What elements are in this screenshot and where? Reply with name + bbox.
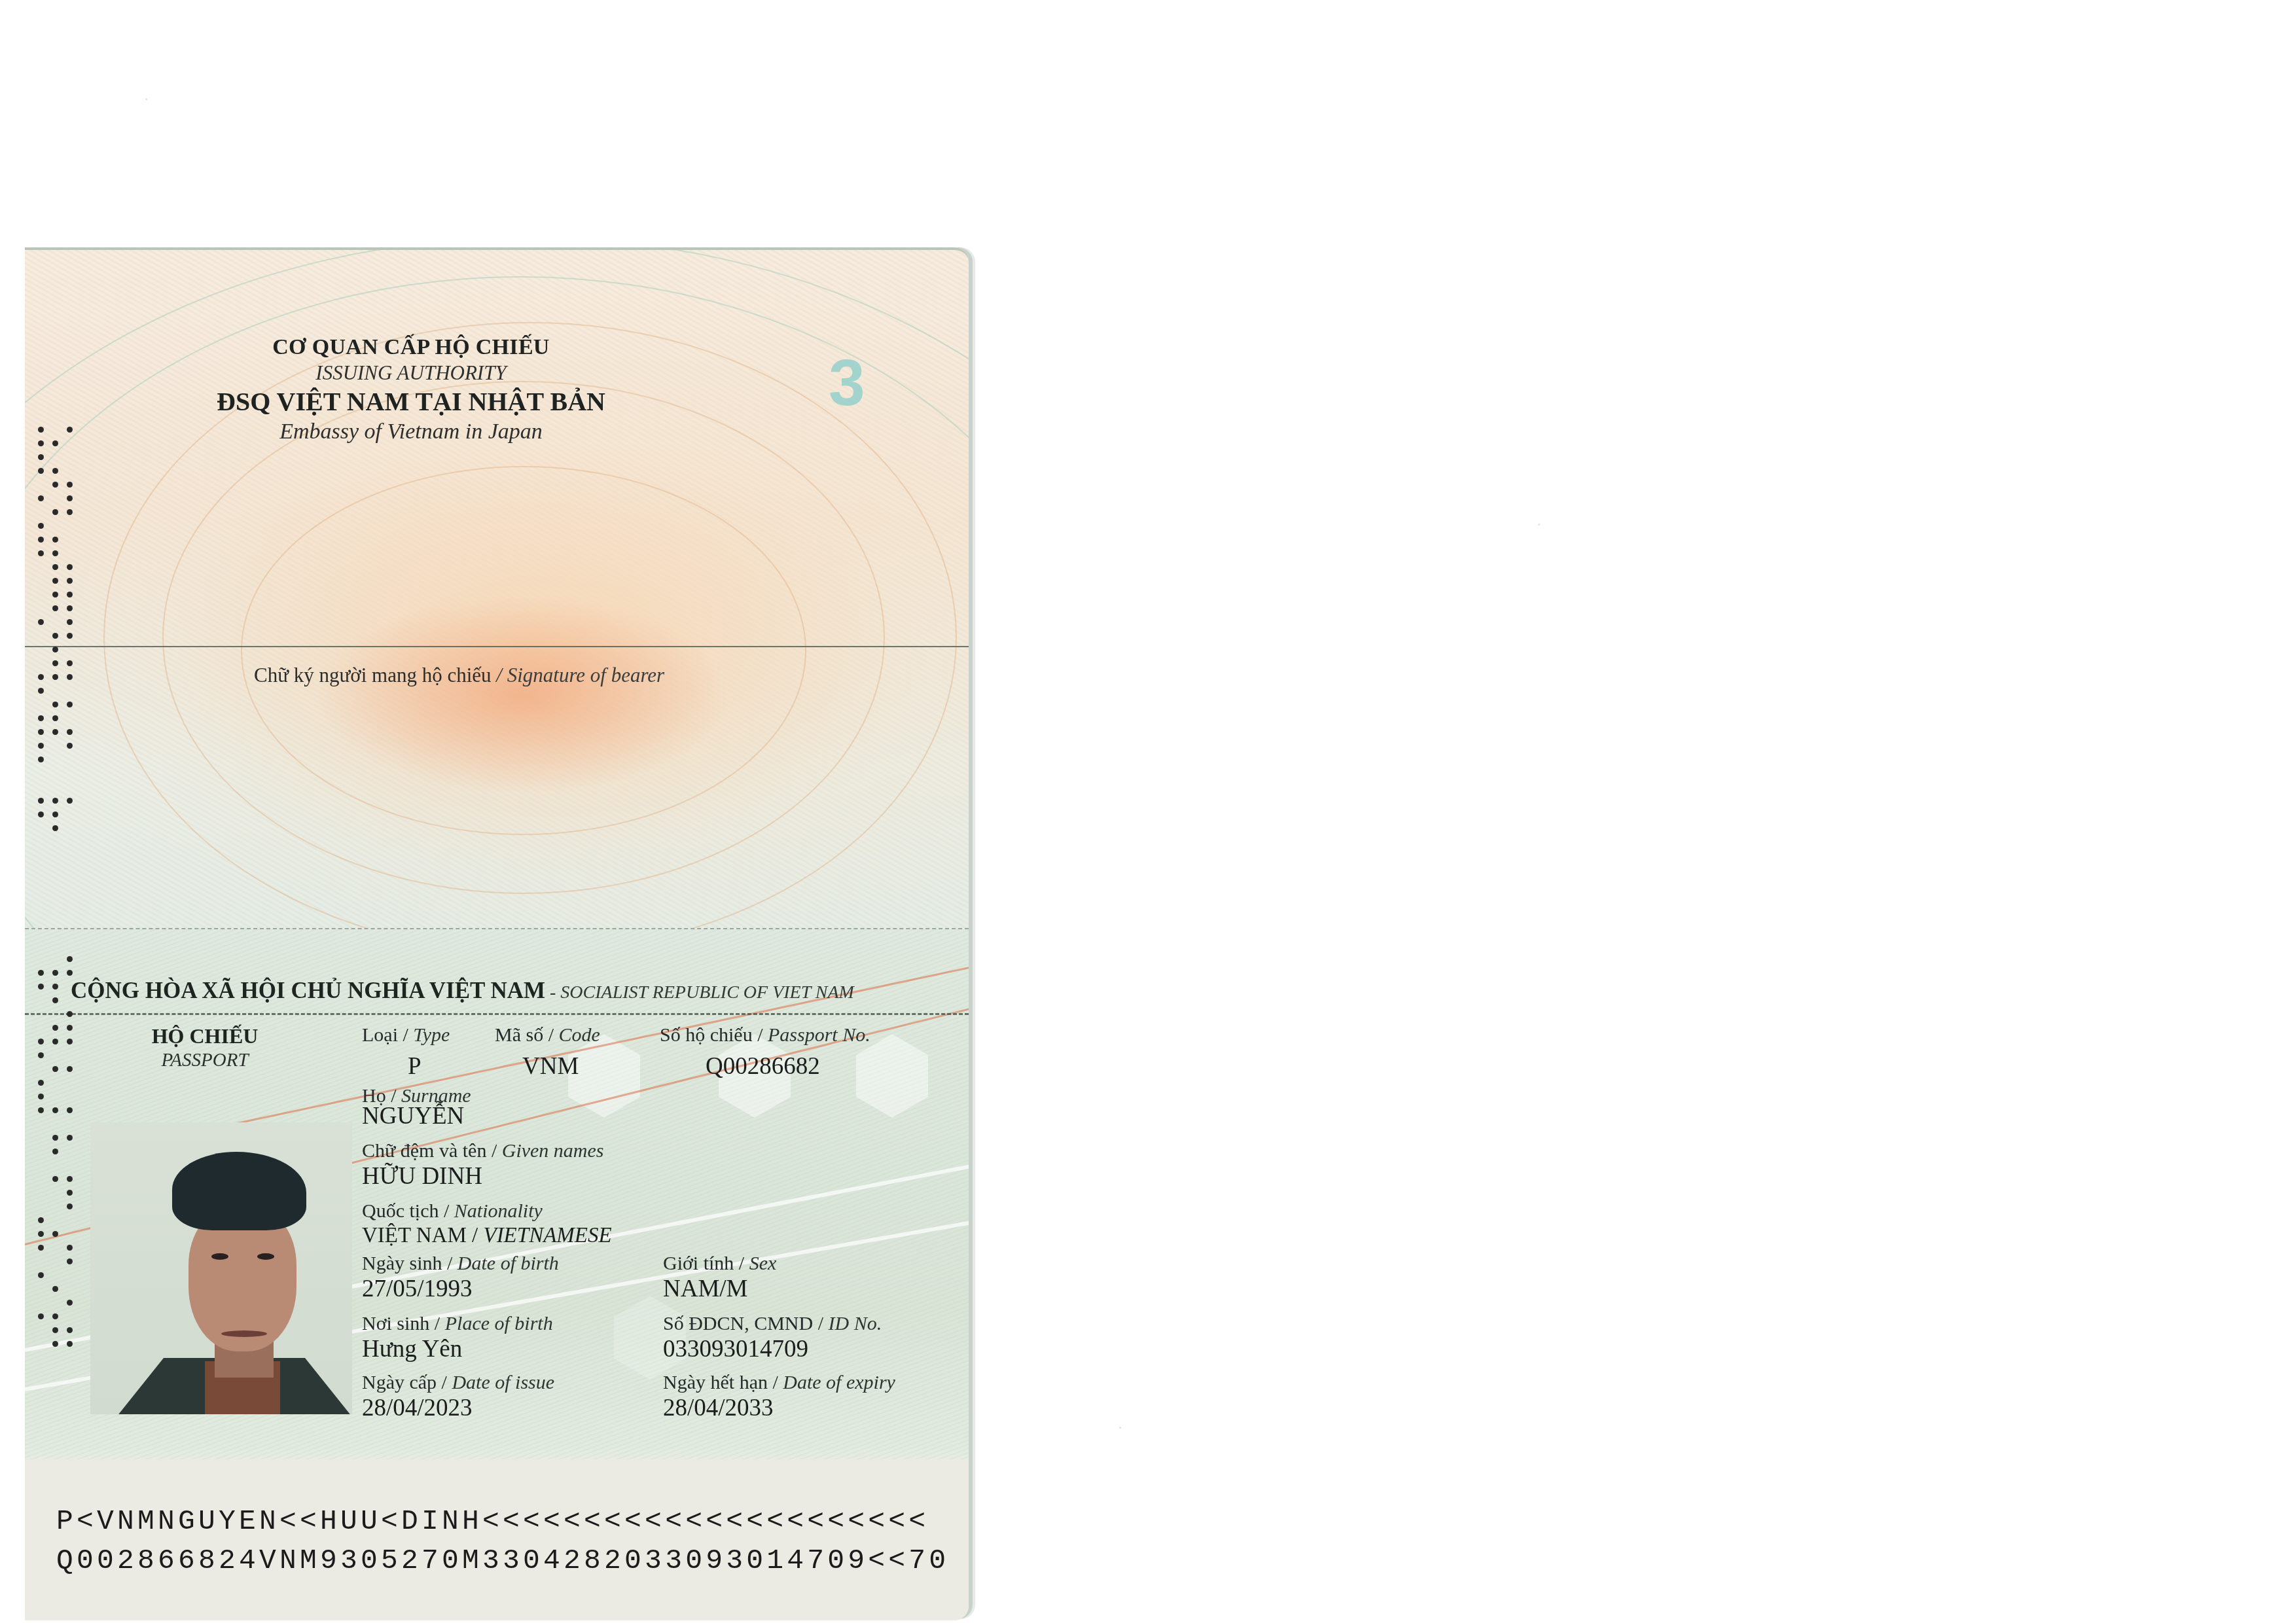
perforation-dot (67, 564, 73, 570)
perforation-dot (67, 592, 73, 597)
perforation-dot (67, 578, 73, 584)
perforation-dot (67, 1066, 73, 1072)
nationality-value-vn: VIỆT NAM / (362, 1224, 483, 1247)
perforation-dot (67, 482, 73, 488)
perforation-dot (67, 1341, 73, 1347)
date-of-issue-value: 28/04/2023 (362, 1394, 473, 1422)
date-of-expiry-label-en: Date of expiry (783, 1372, 895, 1393)
passport-data-page: CỘNG HÒA XÃ HỘI CHỦ NGHĨA VIỆT NAM - SOC… (25, 928, 969, 1620)
signature-label-vn: Chữ ký người mang hộ chiếu (254, 664, 492, 687)
perforation-dot (38, 984, 44, 990)
code-label-vn: Mã số / (495, 1024, 559, 1046)
perforation-dot (52, 1341, 58, 1347)
perforation-dot (67, 1245, 73, 1251)
perforation-dot (67, 1176, 73, 1182)
perforation-dot (38, 674, 44, 680)
perforation-dot (67, 1107, 73, 1113)
perforation-dot (52, 605, 58, 611)
perforation-dot (52, 674, 58, 680)
passport-number-label-en: Passport No. (768, 1024, 870, 1046)
given-names-label-en: Given names (502, 1140, 604, 1162)
given-names-label: Chữ đệm và tên / Given names (362, 1140, 604, 1162)
document-title-en: PASSPORT (123, 1050, 287, 1071)
perforation-dot (52, 1176, 58, 1182)
date-of-issue-label-vn: Ngày cấp / (362, 1372, 452, 1393)
perforation-dot (52, 798, 58, 804)
passport-number-label: Số hộ chiếu / Passport No. (660, 1024, 870, 1046)
perforation-dot (52, 1025, 58, 1031)
issuing-authority-block: CƠ QUAN CẤP HỘ CHIẾU ISSUING AUTHORITY Đ… (25, 335, 797, 444)
date-of-expiry-label: Ngày hết hạn / Date of expiry (663, 1372, 895, 1394)
nationality-label-vn: Quốc tịch / (362, 1200, 454, 1222)
perforation-dot (67, 427, 73, 433)
place-of-birth-label-en: Place of birth (445, 1313, 553, 1334)
perforation-dot (67, 729, 73, 735)
perforation-dot (38, 729, 44, 735)
perforation-dot (52, 564, 58, 570)
perforation-dot (52, 592, 58, 597)
perforation-dot (52, 660, 58, 666)
perforation-dot (67, 619, 73, 625)
sex-label: Giới tính / Sex (663, 1253, 776, 1275)
perforation-dot (67, 1011, 73, 1017)
perforation-dot (38, 537, 44, 543)
date-of-birth-label-vn: Ngày sinh / (362, 1253, 457, 1274)
date-of-expiry-value: 28/04/2033 (663, 1394, 774, 1422)
issuing-authority-en: Embassy of Vietnam in Japan (25, 419, 797, 444)
perforation-dot (52, 1149, 58, 1154)
perforation-dot (52, 715, 58, 721)
surname-value: NGUYỄN (362, 1102, 464, 1130)
perforation-dot (67, 1258, 73, 1264)
perforation-dot (67, 1204, 73, 1209)
nationality-label: Quốc tịch / Nationality (362, 1200, 543, 1222)
type-label-vn: Loại / (362, 1024, 413, 1046)
sex-label-en: Sex (749, 1253, 777, 1274)
scan-speck (145, 98, 147, 100)
passport-booklet: CƠ QUAN CẤP HỘ CHIẾU ISSUING AUTHORITY Đ… (25, 247, 969, 1619)
perforation-dot (38, 715, 44, 721)
perforation-dot (38, 1217, 44, 1223)
issuing-authority-label-en: ISSUING AUTHORITY (25, 361, 797, 385)
perforation-dot (52, 984, 58, 990)
document-title-vn: HỘ CHIẾU (123, 1024, 287, 1048)
mrz-zone (25, 1459, 969, 1620)
perforation-dot (67, 956, 73, 962)
perforation-dot (67, 509, 73, 515)
passport-observations-page: CƠ QUAN CẤP HỘ CHIẾU ISSUING AUTHORITY Đ… (25, 247, 969, 931)
code-label: Mã số / Code (495, 1024, 600, 1046)
perforation-dot (52, 811, 58, 817)
nationality-value-en: VIETNAMESE (483, 1224, 611, 1247)
photo-eye-left (211, 1253, 228, 1260)
date-of-birth-label: Ngày sinh / Date of birth (362, 1253, 559, 1275)
perforation-dot (52, 1327, 58, 1333)
perforation-dot (67, 674, 73, 680)
perforation-dot (38, 1313, 44, 1319)
perforation-dot (52, 1231, 58, 1237)
perforation-dot (67, 660, 73, 666)
photo-hair (172, 1152, 306, 1230)
perforation-dot (52, 825, 58, 831)
signature-label-en: Signature of bearer (507, 664, 665, 687)
perforation-dot (52, 1313, 58, 1319)
perforation-dot (38, 454, 44, 460)
signature-separator: / (492, 664, 507, 687)
hex-watermark (856, 1034, 928, 1118)
holder-photo (90, 1122, 352, 1414)
perforation-dot (38, 468, 44, 474)
perforation-dot (38, 1245, 44, 1251)
document-title: HỘ CHIẾU PASSPORT (123, 1024, 287, 1071)
perforation-dot (38, 1039, 44, 1044)
perforation-dot (52, 1039, 58, 1044)
perforation-dot (67, 605, 73, 611)
passport-number-label-vn: Số hộ chiếu / (660, 1024, 768, 1046)
perforation-dot (52, 1107, 58, 1113)
perforation-dot (38, 523, 44, 529)
country-header: CỘNG HÒA XÃ HỘI CHỦ NGHĨA VIỆT NAM - SOC… (71, 978, 854, 1004)
perforation-dot (38, 1080, 44, 1086)
perforation-dot (52, 1066, 58, 1072)
scan-speck (1538, 524, 1540, 526)
perforation-dot (52, 468, 58, 474)
perforation-dot (52, 970, 58, 976)
mrz-line-2: Q002866824VNM9305270M3304282033093014709… (56, 1544, 949, 1577)
given-names-label-vn: Chữ đệm và tên / (362, 1140, 502, 1162)
date-of-expiry-label-vn: Ngày hết hạn / (663, 1372, 783, 1393)
perforation-dot (67, 1025, 73, 1031)
perforation-dot (38, 1272, 44, 1278)
perforation-dot (38, 619, 44, 625)
perforation-dot (52, 550, 58, 556)
perforation-dot (38, 440, 44, 446)
id-number-label-en: ID No. (829, 1313, 882, 1334)
perforation-dot (38, 811, 44, 817)
perforation-dot (67, 633, 73, 639)
perforation-dot (52, 578, 58, 584)
perforation-dot (52, 729, 58, 735)
id-number-value: 033093014709 (663, 1335, 808, 1363)
page-number: 3 (829, 346, 865, 421)
place-of-birth-value: Hưng Yên (362, 1335, 462, 1363)
id-number-label-vn: Số ĐDCN, CMND / (663, 1313, 829, 1334)
nationality-value: VIỆT NAM / VIETNAMESE (362, 1224, 612, 1248)
place-of-birth-label-vn: Nơi sinh / (362, 1313, 445, 1334)
type-value: P (408, 1052, 422, 1080)
perforation-dot (38, 1052, 44, 1058)
perforation-dot (67, 743, 73, 749)
perforation-dot (67, 970, 73, 976)
perforation-dot (38, 757, 44, 762)
perforation-dot (67, 1327, 73, 1333)
perforation-dot (52, 647, 58, 652)
perforation-dot (52, 482, 58, 488)
id-number-label: Số ĐDCN, CMND / ID No. (663, 1313, 882, 1335)
nationality-label-en: Nationality (454, 1200, 543, 1222)
perforation-dot (52, 509, 58, 515)
perforation-dot (38, 495, 44, 501)
code-value: VNM (522, 1052, 579, 1080)
mrz-line-1: P<VNMNGUYEN<<HUU<DINH<<<<<<<<<<<<<<<<<<<… (56, 1505, 929, 1537)
perforation-dot (38, 798, 44, 804)
perforation-dot (67, 495, 73, 501)
perforation-dot (67, 1190, 73, 1196)
perforation-dot (67, 702, 73, 707)
perforation-dot (38, 743, 44, 749)
type-label-en: Type (413, 1024, 450, 1046)
passport-number-value: Q00286682 (706, 1052, 820, 1080)
perforation-dot (52, 702, 58, 707)
perforation-dot (67, 1300, 73, 1306)
code-label-en: Code (559, 1024, 600, 1046)
signature-line (25, 646, 969, 647)
date-of-birth-value: 27/05/1993 (362, 1275, 473, 1303)
sex-value: NAM/M (663, 1275, 748, 1303)
date-of-issue-label: Ngày cấp / Date of issue (362, 1372, 554, 1394)
photo-mouth (221, 1330, 267, 1337)
perforation-dot (38, 970, 44, 976)
perforation-dot (67, 1039, 73, 1044)
perforation-dot (52, 1135, 58, 1141)
perforation-dot (38, 1094, 44, 1099)
place-of-birth-label: Nơi sinh / Place of birth (362, 1313, 553, 1335)
perforation-dot (52, 537, 58, 543)
perforation-dot (52, 440, 58, 446)
date-of-birth-label-en: Date of birth (457, 1253, 559, 1274)
perforation-dot (38, 550, 44, 556)
perforation-dot (52, 997, 58, 1003)
sex-label-vn: Giới tính / (663, 1253, 749, 1274)
date-of-issue-label-en: Date of issue (452, 1372, 554, 1393)
perforation-dot (67, 1135, 73, 1141)
country-header-en: - SOCIALIST REPUBLIC OF VIET NAM (545, 982, 854, 1003)
signature-label: Chữ ký người mang hộ chiếu / Signature o… (254, 664, 664, 687)
issuing-authority-vn: ĐSQ VIỆT NAM TẠI NHẬT BẢN (25, 386, 797, 417)
perforation-dot (52, 633, 58, 639)
perforation-dot (38, 1231, 44, 1237)
perforation-dot (38, 688, 44, 694)
header-divider (25, 1013, 969, 1015)
country-header-vn: CỘNG HÒA XÃ HỘI CHỦ NGHĨA VIỆT NAM (71, 978, 545, 1003)
perforation-dot (38, 427, 44, 433)
type-label: Loại / Type (362, 1024, 450, 1046)
photo-eye-right (257, 1253, 274, 1260)
scan-speck (1119, 1427, 1121, 1429)
given-names-value: HỮU DINH (362, 1162, 482, 1190)
perforation-dot (67, 798, 73, 804)
perforation-dot (38, 1107, 44, 1113)
perforation-dot (52, 1286, 58, 1292)
issuing-authority-label-vn: CƠ QUAN CẤP HỘ CHIẾU (25, 335, 797, 360)
